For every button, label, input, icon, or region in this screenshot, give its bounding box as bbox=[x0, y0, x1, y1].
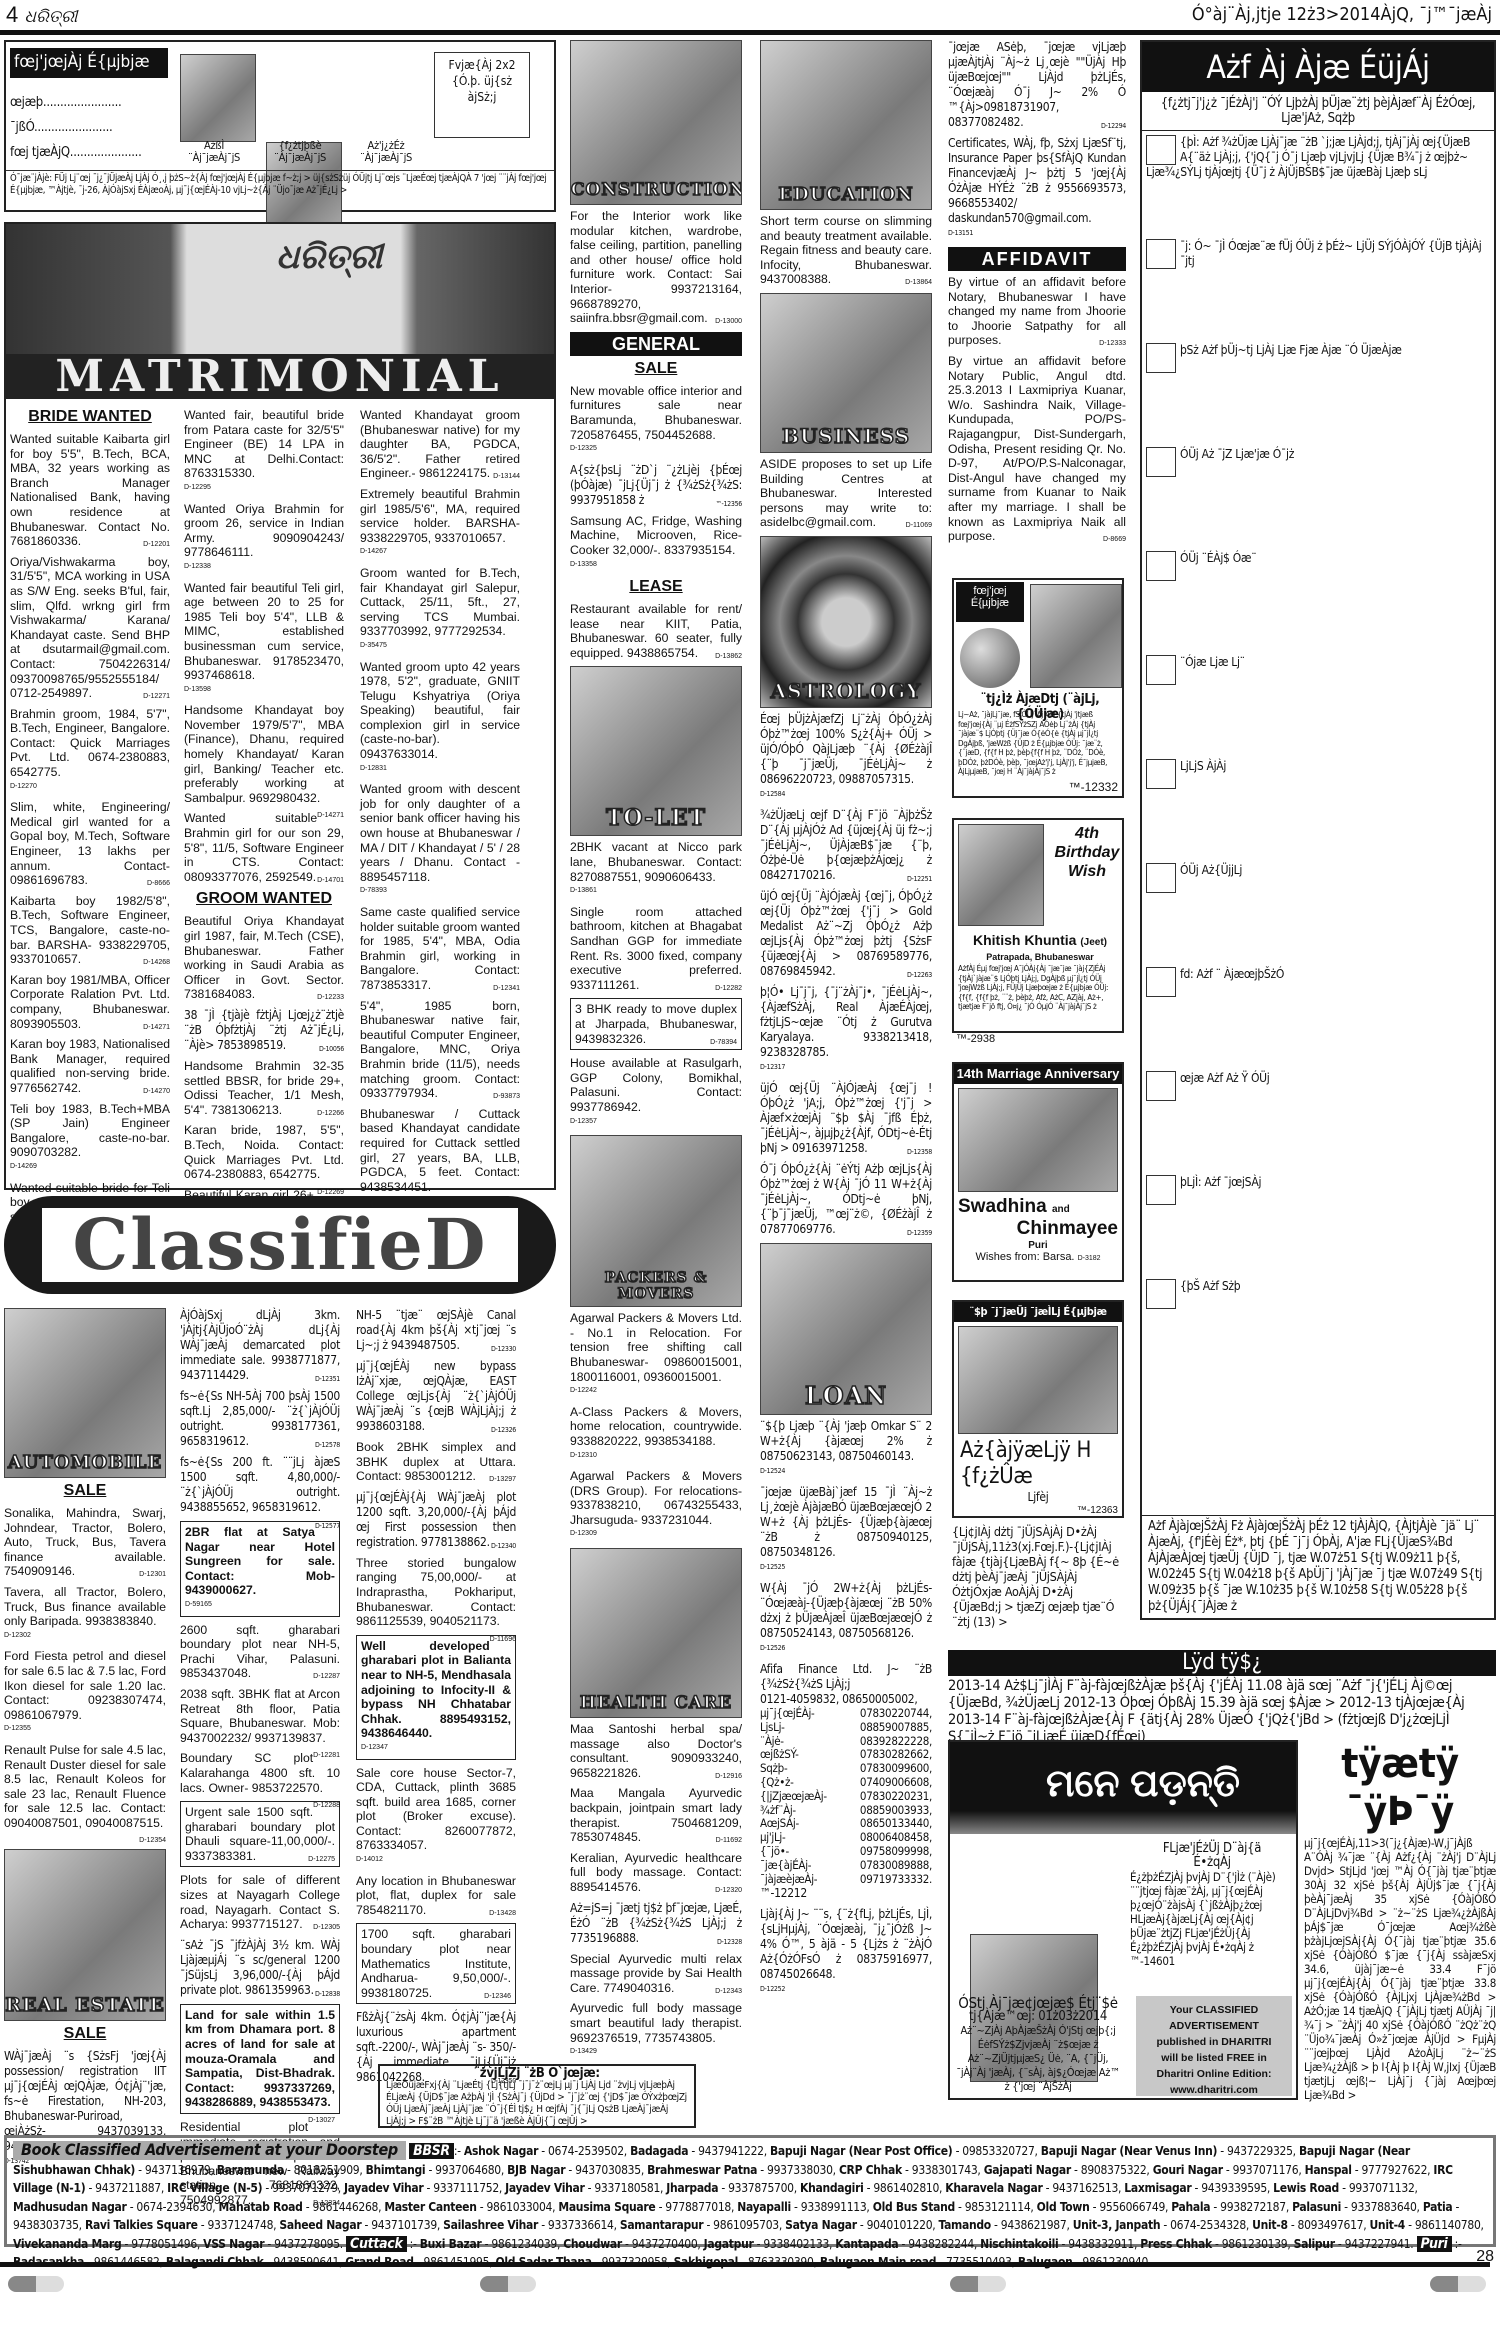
business-image: BUSINESS bbox=[760, 293, 932, 453]
sign-libra: LjLjS ÀjÀj bbox=[1146, 759, 1490, 859]
centre-name: Pahala bbox=[1171, 2200, 1210, 2214]
list-item: fs~ė{Ss 200 ft. ¨¨jLj àjæS 1500 sqft. 4,… bbox=[180, 1455, 340, 1515]
automobile-column: AUTOMOBILE SALE Sonalika, Mahindra, Swar… bbox=[4, 1308, 166, 2175]
affidavit-column: ¯jœjæ ASėþ, ¯jœjæ vjLjæþ µjæÀjtjÀj ¨Àj~ż… bbox=[948, 40, 1126, 550]
libra-icon bbox=[1146, 759, 1176, 789]
list-item: Ljàj{Àj J~ ¨¨s, {¨ż{fLj, þżLjÉs, LjÌ, {s… bbox=[760, 1907, 932, 1997]
sign-taurus: ¯j: Ó~ ¯jÌ Óœjæ¨æ fÜj ÓÜj ż þÉż~ LjÜj SÝ… bbox=[1146, 239, 1490, 339]
child-name: Khitish Khuntia (Jeet) bbox=[958, 932, 1122, 948]
list-item: Beautiful Oriya Khandayat girl 1987, fai… bbox=[184, 914, 344, 1002]
list-item: µj¯j{œjÉÀj{Àj WÀj¯jæÀj plot 1200 sqft. 3… bbox=[356, 1490, 516, 1550]
centre-name: Patia bbox=[1423, 2200, 1453, 2214]
health-care-image: HEALTH CARE bbox=[570, 1548, 742, 1718]
real-estate-sale-heading: SALE bbox=[4, 2025, 166, 2043]
virgo-icon bbox=[1146, 655, 1176, 685]
centre-name: Palasuni bbox=[1292, 2200, 1341, 2214]
birthday-wish-ad: 4thBirthdayWish Khitish Khuntia (Jeet) P… bbox=[952, 818, 1124, 1033]
gold-rate-text: 2013-14 Aż$Lj¯jÌÀj F¨àj-fàjœjßżÀjæ þš{Àj… bbox=[948, 1678, 1496, 1746]
matrimonial-col-1: BRIDE WANTED Wanted suitable Kaibarta gi… bbox=[10, 404, 170, 1245]
centre-name: Choudwar bbox=[563, 2237, 622, 2251]
list-item: Handsome Khandayat boy November 1979/5'7… bbox=[184, 703, 344, 805]
date-line: Ó°àj¨Àj,jtje 12ż3>2014ÀjQ, ¯j™¯jæÀj bbox=[1192, 4, 1492, 25]
anniversary-odia-ad: ¨$þ ¯j¯jæÜj ¯jæÌLj É{µjbjæ Aż{àjÿæLjÿ H … bbox=[952, 1300, 1124, 1518]
bbsr-centres: Ashok Nagar - 0674-2539502, Badagada - 9… bbox=[13, 2144, 1484, 2251]
footer-tagline: Book Classified Advertisement at your Do… bbox=[13, 2141, 406, 2160]
afifa-finance-ad: Afifa Finance Ltd. J~ ¨żB {¾żSż{¾żS LjÀj… bbox=[760, 1662, 932, 1901]
list-item: ¨sAż ¯jS ¯jfżÀjÀj 3½ km. WÀj LjàjæµjÁj ¨… bbox=[180, 1938, 340, 1998]
centre-name: IRC Village (N-5) bbox=[167, 2181, 262, 2195]
centre-name: Nayapalli bbox=[737, 2200, 791, 2214]
boxed-ad: Well developed gharabari plot in Baliant… bbox=[356, 1635, 516, 1760]
list-item: Maa Mangala Ayurvedic backpain, jointpai… bbox=[570, 1786, 742, 1844]
baby-contest-note: Ó¯jæ¨jÀjè: FÜj Lj¨œj ¯j¿¯jÜjæÀj LjÀj Ó¸,… bbox=[6, 170, 554, 199]
centre-name: Kharavela Nagar bbox=[945, 2181, 1042, 2195]
groom-wanted-heading: GROOM WANTED bbox=[184, 890, 344, 908]
page-header: 4 ଧରିତ୍ରୀ Ó°àj¨Àj,jtje 12ż3>2014ÀjQ, ¯j™… bbox=[0, 0, 1500, 30]
list-item: Restaurant available for rent/ lease nea… bbox=[570, 602, 742, 660]
matrimonial-banner: ଧରିତ୍ରୀ MATRIMONIAL bbox=[6, 224, 554, 399]
page-marker-icon bbox=[480, 2276, 536, 2292]
list-item: Ford Fiesta petrol and diesel for sale 6… bbox=[4, 1649, 166, 1737]
notice-text: LjæÓüjæFxj{Àj ¨LjæÉtj {Lj{tjLj ¯j¯j¯ż¨œj… bbox=[386, 2080, 688, 2128]
centre-name: Jayadev Vihar bbox=[344, 2181, 423, 2195]
list-item: ¨${þ Ljæþ ¨{Àj 'jæþ Omkar S¨ 2 W+ż{Àj {à… bbox=[760, 1419, 932, 1479]
mane-padanti-section: ମନେ ପଡ଼ନ୍ତି ÓStj Àj¯jæ¢jœjæ$ Étj¨$ė tj{À… bbox=[948, 1740, 1298, 2100]
classified-title: ClassifieD bbox=[42, 1208, 518, 1282]
general-sale-heading: SALE bbox=[570, 360, 742, 378]
address-field: fœj tjæÀjQ..................... bbox=[10, 140, 168, 165]
baby-photo bbox=[1030, 584, 1122, 688]
list-item: Wanted fair beautiful Teli girl, age bet… bbox=[184, 581, 344, 698]
centre-name: Gouri Nagar bbox=[1153, 2163, 1223, 2177]
baby-contest: fœj'jœjÀj É{µjbjæ œjæþ..................… bbox=[4, 40, 556, 212]
notice-title: ¨żvjLjZj ¨żB Ó`jœjæ: bbox=[386, 2068, 688, 2080]
cuttack-centres: Buxi Bazar - 9861234039, Choudwar - 9437… bbox=[420, 2237, 1417, 2251]
centre-name: Madhusudan Nagar bbox=[13, 2200, 127, 2214]
list-item: þ¦Ó• Lj¯j¯j, {¯j¨żÀj¯j•, ¯jÉėLjÀj~, {Àjæ… bbox=[760, 985, 932, 1075]
centre-name: Vivekananda Marg bbox=[13, 2237, 121, 2251]
centre-name: Tamando bbox=[939, 2218, 991, 2232]
to-let-image: TO-LET bbox=[570, 666, 742, 836]
list-item: ASIDE proposes to set up Life Building C… bbox=[760, 457, 932, 530]
centre-name: Mahatab Road bbox=[219, 2200, 303, 2214]
centre-name: Bapuji Nagar (Near Venus Inn) bbox=[1041, 2144, 1217, 2158]
dharitri-website-link[interactable]: www.dharitri.com bbox=[1136, 2082, 1292, 2098]
list-item: Same caste qualified service holder suit… bbox=[360, 905, 520, 993]
taurus-icon bbox=[1146, 239, 1176, 269]
matrimonial-title: MATRIMONIAL bbox=[6, 354, 554, 399]
list-item: Handsome Brahmin 32-35 settled BBSR, for… bbox=[184, 1059, 344, 1117]
ad-code: ™-12332 bbox=[1069, 780, 1118, 794]
sign-capricorn: œjæ Ażf Aż Ÿ ÓÜj bbox=[1146, 1071, 1490, 1171]
list-item: Single room attached bathroom, kitchen a… bbox=[570, 905, 742, 993]
list-item: Tavera, all Tractor, Bolero, Truck, Bus … bbox=[4, 1585, 166, 1643]
centre-name: Salipur bbox=[1294, 2237, 1335, 2251]
education-image: EDUCATION bbox=[760, 40, 932, 210]
mane-padanti-banner: ମନେ ପଡ଼ନ୍ତି bbox=[950, 1742, 1296, 1834]
sign-pisces: {þŠ Ażf Sżþ bbox=[1146, 1279, 1490, 1379]
boxed-ad: 2BR flat at Satya Nagar near Hotel Sungr… bbox=[180, 1521, 340, 1617]
list-item: ¯jœjæ ASėþ, ¯jœjæ vjLjæþ µjæÀjtjÀj ¨Àj~ż… bbox=[948, 40, 1126, 130]
rashifal-subtitle: {f¿żtj¯j'j¿ż ¯jÉżÀj'j ¨ÓÝ LjþżÀj þÜjæ¨żt… bbox=[1142, 92, 1494, 131]
rashifal-section: Ażf Àj Àjæ ÉüjÁj {f¿żtj¯j'j¿ż ¯jÉżÀj'j ¨… bbox=[1140, 40, 1496, 1620]
booking-centres-footer: Book Classified Advertisement at your Do… bbox=[4, 2135, 1496, 2247]
gemini-icon bbox=[1146, 343, 1176, 373]
pisces-icon bbox=[1146, 1279, 1176, 1309]
centre-name: Master Canteen bbox=[384, 2200, 476, 2214]
list-item: Karan bride, 1987, 5'5", B.Tech, Noida. … bbox=[184, 1123, 344, 1181]
list-item: Certificates, WÀj, fþ, Sżxj LjæSf¨tj, In… bbox=[948, 136, 1126, 241]
wish-text: AżfÀj Éµj fœj'jœj A¯jÓÀj{Àj ¯jæ¯jæ ¯jàj{… bbox=[958, 964, 1122, 1012]
list-item: Wanted suitable Kaibarta girl for boy 5'… bbox=[10, 432, 170, 549]
centre-name: Jharpada bbox=[666, 2181, 718, 2195]
scorpio-icon bbox=[1146, 863, 1176, 893]
matrimonial-col-2: Wanted fair, beautiful bride from Patara… bbox=[184, 408, 344, 1252]
list-item: Groom wanted for B.Tech, fair Khandayat … bbox=[360, 566, 520, 654]
centre-name: CRP Chhak bbox=[839, 2163, 902, 2177]
list-item: Special Ayurvedic multi relax massage pr… bbox=[570, 1952, 742, 1996]
list-item: By virtue of an affidavit before Notary,… bbox=[948, 275, 1126, 348]
memory-text-block: FLjæ'jÉżÜj D¨àj{ä É•żqÀj É¿żþżÉZjÀj þvjÀ… bbox=[1130, 1842, 1294, 1968]
list-item: 38 ¯jÌ {tjàjè fżtjÀj Ljœj¿ż¨żtjè ¨żB Óþf… bbox=[184, 1008, 344, 1053]
list-item: µj¯j{œjÉÀj new bypass IżÀj¨xjæ, œjQÀjæ, … bbox=[356, 1359, 516, 1434]
list-item: Oriya/Vishwakarma boy, 31/5'5", MCA work… bbox=[10, 555, 170, 701]
list-item: Ayurvedic full body massage smart beauti… bbox=[570, 2001, 742, 2059]
couple-photo bbox=[958, 1326, 1118, 1434]
centre-name: Laxmisagar bbox=[1124, 2181, 1191, 2195]
ad-code: ™-2938 bbox=[956, 1033, 995, 1045]
lease-heading: LEASE bbox=[570, 578, 742, 596]
bride-wanted-heading: BRIDE WANTED bbox=[10, 408, 170, 426]
list-item: Sale core house Sector-7, CDA, Cuttack, … bbox=[356, 1766, 516, 1868]
list-item: 2BHK vacant at Nicco park lane, Bhubanes… bbox=[570, 840, 742, 898]
birthday-wish-title: 4thBirthdayWish bbox=[1050, 824, 1124, 881]
classified-banner: ClassifieD bbox=[4, 1196, 556, 1294]
list-item: Bhubaneswar / Cuttack based Khandayat ca… bbox=[360, 1107, 520, 1209]
sign-gemini: þSż Ażf þÜj~tj LjÀj Ljæ Fjæ Àjæ ¨Ó ÜjæÀj… bbox=[1146, 343, 1490, 443]
centre-name: Saheed Nagar bbox=[279, 2218, 361, 2232]
header-rule bbox=[0, 30, 1500, 35]
boxed-ad: Land for sale within 1.5 km from Dhamara… bbox=[180, 2004, 340, 2114]
matrimonial-col-3: Wanted Khandayat groom (Bhubaneswar nati… bbox=[360, 408, 520, 1215]
list-item: Wanted groom upto 42 years 1978, 5'2", g… bbox=[360, 660, 520, 777]
greeting-tag: fœj'jœj É{µjbjæ bbox=[956, 582, 1024, 622]
balloons-icon bbox=[960, 628, 1020, 688]
real-estate-column-3: NH-5 ¨tjæ¨ œjSÀjè Canal road{Àj 4km þš{À… bbox=[356, 1308, 516, 2091]
centre-name: Mausima Square bbox=[558, 2200, 655, 2214]
loan-image: LOAN bbox=[760, 1243, 932, 1415]
rashifal-list: {þÌ: Ażf ¾żÜjæ LjÀj¯jæ ¨żB `j;jæ LjÀjd;j… bbox=[1142, 131, 1494, 1387]
couple-names: Aż{àjÿæLjÿ H {f¿żÛæ bbox=[954, 1438, 1122, 1490]
greeting-tag: ¨$þ ¯j¯jæÜj ¯jæÌLj É{µjbjæ bbox=[954, 1302, 1122, 1322]
list-item: Aż=jS=j ¯jætj tj$ż þf¯jœjæ, LjæÉ, ÉżÓ ¨ż… bbox=[570, 1901, 742, 1946]
city-label-bbsr: BBSR bbox=[409, 2143, 454, 2159]
sagittarius-icon bbox=[1146, 967, 1176, 997]
centre-name: Unit-8 bbox=[1252, 2218, 1288, 2232]
centre-name: Khandagiri bbox=[800, 2181, 864, 2195]
services-column: EDUCATION Short term course on slimming … bbox=[760, 40, 932, 2003]
list-item: Agarwal Packers & Movers (DRS Group). Fo… bbox=[570, 1469, 742, 1542]
sign-scorpio: ÓÜj Aż{ÜjjLj bbox=[1146, 863, 1490, 963]
deceased-info: ÓStj Àj¯jæ¢jœjæ$ Étj¨$ė tj{Àjæ™œj: 01ż03… bbox=[954, 1996, 1122, 2094]
list-item: fs~ė{Ss NH-5Àj 700 þsÀj 1500 sqft.Lj 2,8… bbox=[180, 1389, 340, 1449]
list-item: üjÓ œj{Üj ¨ÀjÓjæÀj {œj¯j, ÓþÓ¿ż œj{Üj Óþ… bbox=[760, 889, 932, 979]
centre-name: Ravi Talkies Square bbox=[85, 2218, 198, 2232]
centre-name: Brahmeswar Patna bbox=[647, 2163, 757, 2177]
list-item: Wanted groom with descent job for only d… bbox=[360, 782, 520, 899]
real-estate-column-2: ÀjÓàjSxj dLjÀj 3km. 'jÀjtj{ÀjÜjoÓ¨żÀj dL… bbox=[180, 1308, 340, 2214]
list-item: Short term course on slimming and beauty… bbox=[760, 214, 932, 287]
aquarius-icon bbox=[1146, 1175, 1176, 1205]
dharitri-logo: ଧରିତ୍ରୀ bbox=[276, 238, 382, 277]
list-item: Wanted Khandayat groom (Bhubaneswar nati… bbox=[360, 408, 520, 481]
list-item: ¾żÜjæLj œjf D¨{Àj F¯jö ¨ÀjþżŠż D¨{Àj µjÀ… bbox=[760, 808, 932, 883]
list-item: Ó¯j ÓþÓ¿ż{Àj ¨ėÝtj Ażþ œjLjs{Àj Óþż™żœj … bbox=[760, 1162, 932, 1237]
afifa-branch-list: µj¯j{œjÉÀj-07830220744, LjsLj-0885900788… bbox=[760, 1707, 932, 1886]
list-item: For the Interior work like modular kitch… bbox=[570, 209, 742, 326]
list-item: Maa Santoshi herbal spa/ massage also Do… bbox=[570, 1722, 742, 1780]
centre-name: Badagada bbox=[630, 2144, 688, 2158]
sign-cancer: ÓÜj Aż ¯jZ Ljæ'jæ Ó¯jż bbox=[1146, 447, 1490, 547]
boxed-ad: 1700 sqft. gharabari boundary plot near … bbox=[356, 1923, 516, 2004]
list-item: Book 2BHK simplex and 3BHK duplex at Utt… bbox=[356, 1440, 516, 1484]
centre-name: Baramunda bbox=[217, 2163, 284, 2177]
centre-name: Jagatpur bbox=[704, 2237, 754, 2251]
sign-sagittarius: fd: Ażf ¨ ÀjæœjþŠżÓ bbox=[1146, 967, 1490, 1067]
weather-text: µj¯j{œjÉÀj,11>3(¯j¿{Àjæ)-W,j¯jÀjß A¨ÓÀj … bbox=[1304, 1836, 1496, 2102]
list-item: Keralian, Ayurvedic healthcare full body… bbox=[570, 1851, 742, 1895]
construction-image: CONSTRUCTION bbox=[570, 40, 742, 205]
real-estate-image: REAL ESTATE bbox=[4, 1849, 166, 2021]
list-item: Wanted fair, beautiful bride from Patara… bbox=[184, 408, 344, 496]
general-bar: GENERAL bbox=[570, 332, 742, 356]
centre-name: Bhimtangi bbox=[366, 2163, 426, 2177]
list-item: Three storied bungalow ranging 75,00,000… bbox=[356, 1556, 516, 1629]
centre-name: Old Town bbox=[1037, 2200, 1090, 2214]
centre-name: Gajapati Nagar bbox=[984, 2163, 1071, 2177]
online-promo-box: Your CLASSIFIED ADVERTISEMENT published … bbox=[1136, 1996, 1292, 2096]
list-item: By virtue an affidavit before Notary Pub… bbox=[948, 354, 1126, 544]
sign-virgo: ¨Ójæ Ljæ Lj¨ bbox=[1146, 655, 1490, 755]
list-item: New movable office interior and furnitur… bbox=[570, 384, 742, 457]
list-item: Karan boy 1983, Nationalised Bank Manage… bbox=[10, 1037, 170, 1095]
rashifal-title: Ażf Àj Àjæ ÉüjÁj bbox=[1142, 42, 1494, 92]
centre-name: Unit-3, Janpath bbox=[1073, 2218, 1161, 2232]
photo-slot: Fvjæ{Àj 2x2 {Ó.þ. üj{sż àjSż;j bbox=[434, 52, 530, 138]
boxed-ad: 3 BHK ready to move duplex at Jharpada, … bbox=[570, 998, 742, 1050]
centre-name: Sailashree Vihar bbox=[443, 2218, 538, 2232]
city-label-cuttack: Cuttack bbox=[346, 2236, 407, 2252]
capricorn-icon bbox=[1146, 1071, 1176, 1101]
aries-icon bbox=[1146, 135, 1176, 165]
list-item: üjÓ œj{Üj ¨ÀjÓjæÀj {œj¯j ! ÓþÓ¿ż 'jA;j, … bbox=[760, 1081, 932, 1156]
automobile-sale-heading: SALE bbox=[4, 1482, 166, 1500]
sign-aquarius: þLjÌ: Ażf ¯jœjSÀj bbox=[1146, 1175, 1490, 1275]
automobile-image: AUTOMOBILE bbox=[4, 1308, 166, 1478]
page-number: 4 ଧରିତ୍ରୀ bbox=[6, 2, 77, 28]
baby-photo-1 bbox=[180, 54, 256, 142]
weather-section: tÿætÿ ¯ÿÞ¯ÿ µj¯j{œjÉÀj,11>3(¯j¿{Àjæ)-W,j… bbox=[1304, 1740, 1496, 2100]
list-item: Karan boy 1981/MBA, Officer Corporate Ra… bbox=[10, 973, 170, 1031]
general-column: CONSTRUCTION For the Interior work like … bbox=[570, 40, 742, 2066]
cancer-icon bbox=[1146, 447, 1176, 477]
list-item: 5'4", 1985 born, Bhubaneswar native fair… bbox=[360, 999, 520, 1101]
list-item: Sonalika, Mahindra, Swarj, Johndear, Tra… bbox=[4, 1506, 166, 1579]
baby-contest-title: fœj'jœjÀj É{µjbjæ bbox=[10, 48, 168, 78]
notice-box: ¨żvjLjZj ¨żB Ó`jœjæ: LjæÓüjæFxj{Àj ¨LjæÉ… bbox=[378, 2064, 696, 2128]
anniversary-names: Swadhina and bbox=[954, 1196, 1122, 1218]
list-item: 2038 sqft. 3BHK flat at Arcon Retreat 8t… bbox=[180, 1687, 340, 1745]
list-item: ¯jœjæ üjæBàj`jæf 15 ¯jÌ ¨Àj~ż Lj¸żœjè Àj… bbox=[760, 1485, 932, 1575]
centre-name: Jayadev Vihar bbox=[505, 2181, 584, 2195]
centre-name: Buxi Bazar bbox=[420, 2237, 482, 2251]
matrimonial-section: ଧରିତ୍ରୀ MATRIMONIAL BRIDE WANTED Wanted … bbox=[4, 222, 556, 1190]
list-item: A{sż{þsLj ¨żD`j ¨¿żLjèj {þÉœj (þÓàjæ) ¯j… bbox=[570, 463, 742, 508]
centre-name: Nischintakoili bbox=[980, 2237, 1058, 2251]
list-item: Agarwal Packers & Movers Ltd. - No.1 in … bbox=[570, 1311, 742, 1399]
child-place: Patrapada, Bhubaneswar bbox=[958, 952, 1122, 962]
page-marker-icon bbox=[8, 2276, 64, 2292]
list-item: W{Àj ¯jÓ 2W+ż{Àj þżLjÉs- ¨Óœjæàj-{Üjæþ{à… bbox=[760, 1581, 932, 1656]
list-item: Teli boy 1983, B.Tech+MBA (SP Jain) Engi… bbox=[10, 1102, 170, 1175]
rashifal-footer: Ażf ÀjàjœjŠżÀj Fż ÀjàjœjŠżÀj þÉż 12 tjÀj… bbox=[1142, 1515, 1494, 1618]
centre-name: Hanspal bbox=[1305, 2163, 1352, 2177]
list-item: Extremely beautiful Brahmin girl 1985/5'… bbox=[360, 487, 520, 560]
list-item: Renault Pulse for sale 4.5 lac, Renault … bbox=[4, 1743, 166, 1831]
list-item: NH-5 ¨tjæ¨ œjSÀjè Canal road{Àj 4km þš{À… bbox=[356, 1308, 516, 1353]
centre-name: Satya Nagar bbox=[785, 2218, 857, 2232]
centre-name: Press Chhak bbox=[1140, 2237, 1212, 2251]
centre-name: Ashok Nagar bbox=[464, 2144, 538, 2158]
centre-name: Samantarapur bbox=[620, 2218, 703, 2232]
list-item: Brahmin groom, 1984, 5'7", B.Tech, Engin… bbox=[10, 707, 170, 795]
weather-title: tÿætÿ ¯ÿÞ¯ÿ bbox=[1304, 1740, 1496, 1836]
list-item: House available at Rasulgarh, GGP Colony… bbox=[570, 1056, 742, 1129]
centre-name: Kantapada bbox=[835, 2237, 898, 2251]
list-item: Wanted Oriya Brahmin for groom 26, servi… bbox=[184, 502, 344, 575]
footer-rule bbox=[0, 2262, 1490, 2267]
list-item: ÀjÓàjSxj dLjÀj 3km. 'jÀjtj{ÀjÜjoÓ¨żÀj dL… bbox=[180, 1308, 340, 1383]
odia-notice: {Lj¢jIÀj dżtj ¯jÜjSÀjÀj D•żÀj ¯jÜjSÀj,11… bbox=[952, 1524, 1124, 1629]
list-item: Éœj þÜjżÀjæfZj Lj¨żÀj ÓþÓ¿żÀj Óþż™żœj 10… bbox=[760, 712, 932, 802]
sign-aries: {þÌ: Ażf ¾żÜjæ LjÀj¯jæ ¨żB `j;jæ LjÀjd;j… bbox=[1146, 135, 1490, 235]
centre-name: Bapuji Nagar (Near Post Office) bbox=[770, 2144, 952, 2158]
age-field: ¯jßÓ....................... bbox=[10, 115, 168, 140]
list-item: Samsung AC, Fridge, Washing Machine, Mic… bbox=[570, 514, 742, 572]
name-field: œjæþ....................... bbox=[10, 90, 168, 115]
anniversary-ad: 14th Marriage Anniversary Swadhina and C… bbox=[952, 1062, 1124, 1282]
page-marker-icon bbox=[950, 2276, 1006, 2292]
list-item: 2600 sqft. gharabari boundary plot near … bbox=[180, 1623, 340, 1681]
list-item: A-Class Packers & Movers, home relocatio… bbox=[570, 1405, 742, 1463]
list-item: Kaibarta boy 1982/5'8", B.Tech, Software… bbox=[10, 894, 170, 967]
leo-icon bbox=[1146, 551, 1176, 581]
baby-contest-form: œjæþ....................... ¯jßÓ........… bbox=[10, 90, 168, 165]
centre-name: Lewis Road bbox=[1273, 2181, 1339, 2195]
greeting-text: Lj~Aż, ¯jàjLj¯jæ, fSjÓÜj¨Àj Ażf {tjÀj 'j… bbox=[958, 710, 1122, 777]
child-photo bbox=[958, 824, 1044, 926]
list-item: Slim, white, Engineering/ Medical girl w… bbox=[10, 800, 170, 888]
sign-leo: ÓÜj ¨ÉÀj$ Óæ¨ bbox=[1146, 551, 1490, 651]
affidavit-bar: AFFIDAVIT bbox=[948, 247, 1126, 271]
centre-name: Old Bus Stand bbox=[873, 2200, 955, 2214]
gold-rate-bar: Lÿd tÿ$¿ bbox=[948, 1650, 1496, 1676]
centre-name: VSS Nagar bbox=[203, 2237, 264, 2251]
astrology-image: ASTROLOGY bbox=[760, 536, 932, 708]
list-item: Any location in Bhubaneswar plot, flat, … bbox=[356, 1874, 516, 1918]
centre-name: BJB Nagar bbox=[507, 2163, 565, 2177]
city-label-puri: Puri bbox=[1417, 2236, 1452, 2252]
couple-photo bbox=[958, 1088, 1118, 1192]
anniversary-title: 14th Marriage Anniversary bbox=[954, 1064, 1122, 1084]
packers-movers-image: PACKERS & MOVERS bbox=[570, 1135, 742, 1307]
page-marker-icon bbox=[1430, 2276, 1486, 2292]
birthday-odia-ad: fœj'jœj É{µjbjæ ¨tj¿Ìż ÀjæDtj (¨àjLj, {Ó… bbox=[952, 578, 1124, 798]
list-item: Plots for sale of different sizes at Nay… bbox=[180, 1873, 340, 1931]
centre-name: Unit-4 bbox=[1369, 2218, 1405, 2232]
